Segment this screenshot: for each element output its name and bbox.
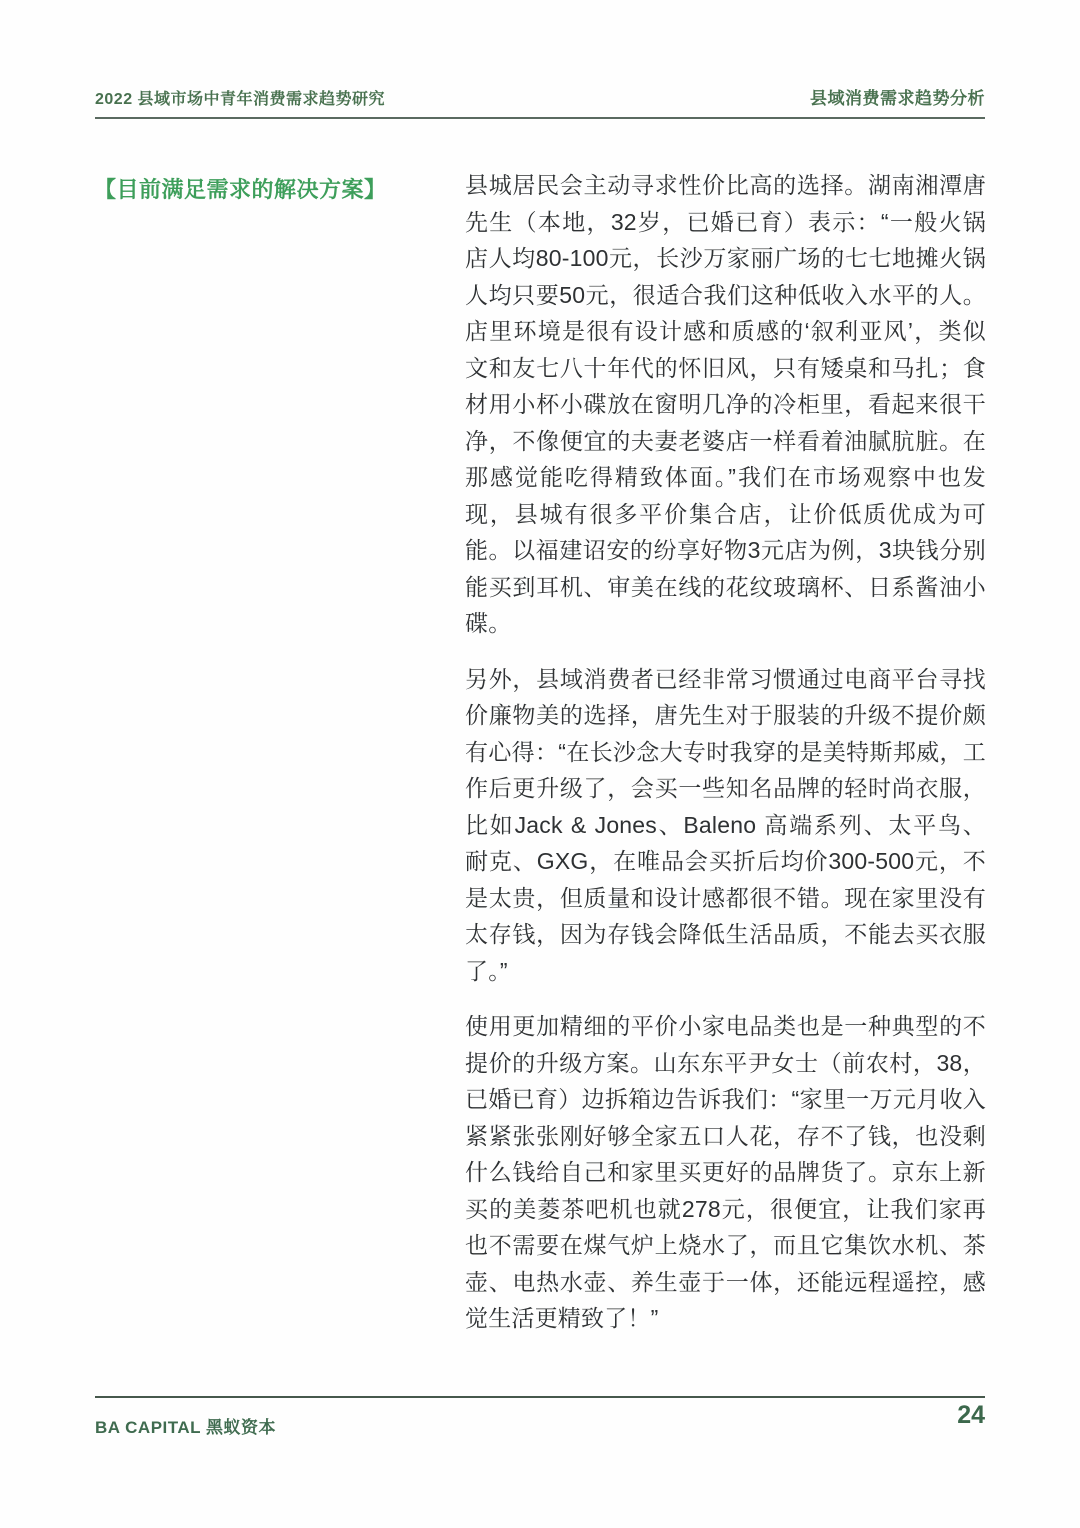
text-line: 买的美菱茶吧机也就278元，很便宜，让我们家再 [465, 1191, 986, 1228]
text-line: 店人均80-100元，长沙万家丽广场的七七地摊火锅 [465, 240, 986, 277]
header-report-title: 2022 县域市场中青年消费需求趋势研究 [95, 86, 385, 109]
text-line: 有心得：“在长沙念大专时我穿的是美特斯邦威，工 [465, 734, 986, 771]
text-line: 价廉物美的选择，唐先生对于服装的升级不提价颇 [465, 697, 986, 734]
text-line: 店里环境是很有设计感和质感的‘叙利亚风’，类似 [465, 313, 986, 350]
text-line: 能。以福建诏安的纷享好物3元店为例，3块钱分别 [465, 532, 986, 569]
text-line: 什么钱给自己和家里买更好的品牌货了。京东上新 [465, 1154, 986, 1191]
text-line: 觉生活更精致了！” [465, 1300, 986, 1337]
text-line: 现，县城有很多平价集合店，让价低质优成为可 [465, 496, 986, 533]
paragraph: 县城居民会主动寻求性价比高的选择。湖南湘潭唐 先生（本地，32岁，已婚已育）表示… [465, 167, 986, 642]
text-line: 提价的升级方案。山东东平尹女士（前农村，38， [465, 1045, 986, 1082]
header-chapter-title: 县域消费需求趋势分析 [810, 84, 985, 109]
text-line: 人均只要50元，很适合我们这种低收入水平的人。 [465, 277, 986, 314]
paragraph: 另外，县域消费者已经非常习惯通过电商平台寻找 价廉物美的选择，唐先生对于服装的升… [465, 661, 986, 990]
text-line: 紧紧张张刚好够全家五口人花，存不了钱，也没剩 [465, 1118, 986, 1155]
text-line: 已婚已育）边拆箱边告诉我们：“家里一万元月收入 [465, 1081, 986, 1118]
text-line: 碟。 [465, 605, 986, 642]
text-line: 了。” [465, 953, 986, 990]
text-line: 文和友七八十年代的怀旧风，只有矮桌和马扎；食 [465, 350, 986, 387]
text-line: 比如Jack & Jones、Baleno 高端系列、太平鸟、 [465, 807, 986, 844]
text-line: 使用更加精细的平价小家电品类也是一种典型的不 [465, 1008, 986, 1045]
document-page: 2022 县域市场中青年消费需求趋势研究 县域消费需求趋势分析 【目前满足需求的… [0, 0, 1080, 1528]
header-divider [95, 117, 985, 119]
text-line: 作后更升级了，会买一些知名品牌的轻时尚衣服， [465, 770, 986, 807]
text-line: 材用小杯小碟放在窗明几净的冷柜里，看起来很干 [465, 386, 986, 423]
body-text-column: 县城居民会主动寻求性价比高的选择。湖南湘潭唐 先生（本地，32岁，已婚已育）表示… [465, 167, 986, 1337]
text-line: 那感觉能吃得精致体面。”我们在市场观察中也发 [465, 459, 986, 496]
paragraph: 使用更加精细的平价小家电品类也是一种典型的不 提价的升级方案。山东东平尹女士（前… [465, 1008, 986, 1337]
text-line: 太存钱，因为存钱会降低生活品质，不能去买衣服 [465, 916, 986, 953]
text-line: 也不需要在煤气炉上烧水了，而且它集饮水机、茶 [465, 1227, 986, 1264]
text-line: 净，不像便宜的夫妻老婆店一样看着油腻肮脏。在 [465, 423, 986, 460]
text-line: 另外，县域消费者已经非常习惯通过电商平台寻找 [465, 661, 986, 698]
section-title: 【目前满足需求的解决方案】 [94, 176, 454, 204]
text-line: 是太贵，但质量和设计感都很不错。现在家里没有 [465, 880, 986, 917]
page-number: 24 [957, 1401, 985, 1430]
text-line: 能买到耳机、审美在线的花纹玻璃杯、日系酱油小 [465, 569, 986, 606]
text-line: 耐克、GXG，在唯品会买折后均价300-500元，不 [465, 843, 986, 880]
page-header: 2022 县域市场中青年消费需求趋势研究 县域消费需求趋势分析 [95, 84, 985, 109]
text-line: 先生（本地，32岁，已婚已育）表示：“一般火锅 [465, 204, 986, 241]
footer-brand: BA CAPITAL 黑蚁资本 [95, 1413, 276, 1438]
text-line: 壶、电热水壶、养生壶于一体，还能远程遥控，感 [465, 1264, 986, 1301]
footer-divider [95, 1396, 985, 1398]
text-line: 县城居民会主动寻求性价比高的选择。湖南湘潭唐 [465, 167, 986, 204]
